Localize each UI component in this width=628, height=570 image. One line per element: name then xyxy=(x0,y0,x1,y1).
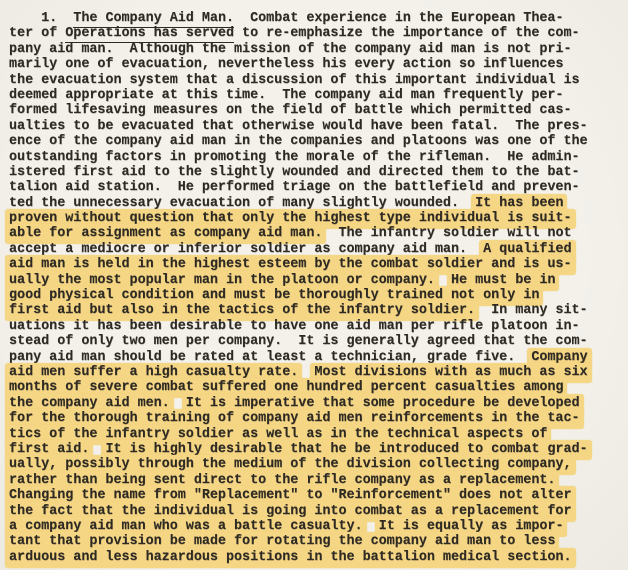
text-line: the evacuation system that a discussion … xyxy=(9,73,622,88)
text-segment: deemed appropriate at this time. The com… xyxy=(9,88,563,103)
text-line: arduous and less hazardous positions in … xyxy=(9,550,622,565)
text-line: ence of the company aid man in the compa… xyxy=(9,134,622,149)
text-line: outstanding factors in promoting the mor… xyxy=(9,150,622,165)
text-segment: outstanding factors in promoting the mor… xyxy=(9,150,580,165)
text-line: first aid but also in the tactics of the… xyxy=(9,303,622,318)
text-segment: Combat experience in the European Thea- xyxy=(234,11,563,26)
text-segment: ence of the company aid man in the compa… xyxy=(9,134,588,149)
text-segment: uations it has been desirable to have on… xyxy=(9,319,580,334)
text-line: deemed appropriate at this time. The com… xyxy=(9,88,622,103)
text-line: 1. The Company Aid Man. Combat experienc… xyxy=(9,11,622,26)
text-segment: 1. xyxy=(9,11,73,26)
underlined-heading: Operations has served xyxy=(65,26,234,43)
text-segment: pany aid man. Although the mission of th… xyxy=(9,42,572,57)
text-line: istered first aid to the slightly wounde… xyxy=(9,165,622,180)
text-segment: formed lifesaving measures on the field … xyxy=(9,103,572,118)
text-line: formed lifesaving measures on the field … xyxy=(9,103,622,118)
text-segment: istered first aid to the slightly wounde… xyxy=(9,165,580,180)
text-segment: the evacuation system that a discussion … xyxy=(9,73,580,88)
text-line: marily one of evacuation, nevertheless h… xyxy=(9,57,622,72)
text-line: pany aid man. Although the mission of th… xyxy=(9,42,622,57)
text-segment: ualties to be evacuated that otherwise w… xyxy=(9,119,588,134)
text-segment: marily one of evacuation, nevertheless h… xyxy=(9,57,563,72)
text-line: ter of Operations has served to re-empha… xyxy=(9,26,622,41)
text-segment: ter of xyxy=(9,26,65,41)
document-page: 1. The Company Aid Man. Combat experienc… xyxy=(0,0,628,570)
text-line: ualties to be evacuated that otherwise w… xyxy=(9,119,622,134)
text-segment: In many sit- xyxy=(475,303,588,318)
underlined-heading: The Company Aid Man. xyxy=(73,11,234,28)
text-line: uations it has been desirable to have on… xyxy=(9,319,622,334)
text-segment: to re-emphasize the importance of the co… xyxy=(234,26,580,41)
text-segment: stead of only two men per company. It is… xyxy=(9,334,588,349)
highlighted-text: arduous and less hazardous positions in … xyxy=(5,548,576,568)
